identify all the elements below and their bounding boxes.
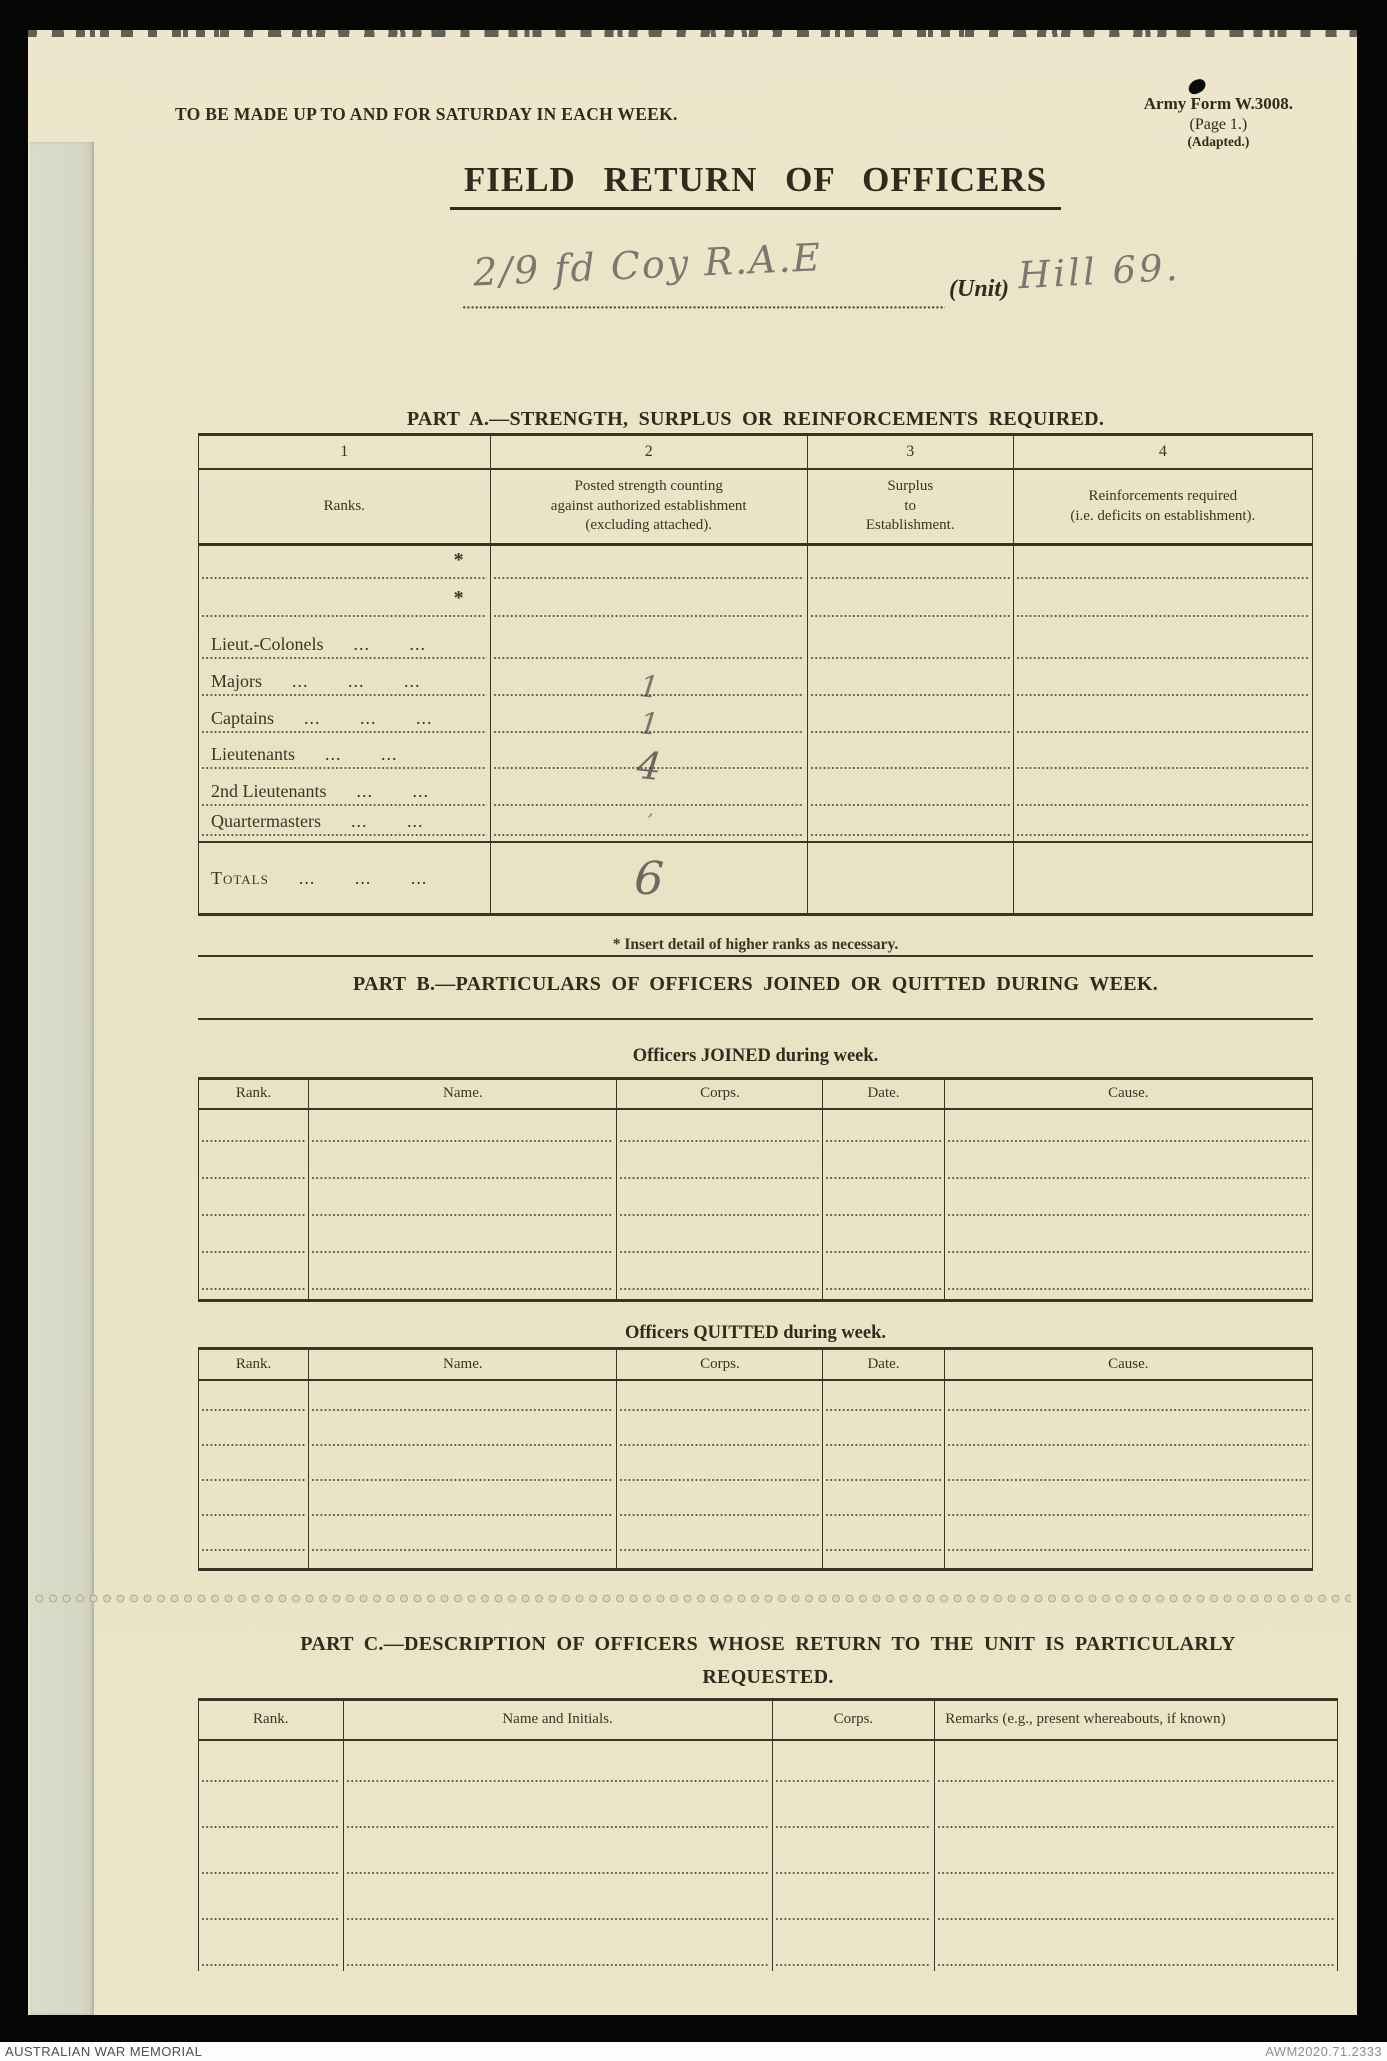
- dotted-rule: [1017, 577, 1309, 579]
- totals-reinforcements-cell: [1014, 843, 1312, 913]
- rank-cell: [199, 1416, 309, 1451]
- asterisk-mark: *: [454, 587, 464, 610]
- date-cell: [823, 1221, 944, 1258]
- dotted-rule: [620, 1177, 819, 1179]
- date-cell: [823, 1521, 944, 1556]
- scanned-document: TO BE MADE UP TO AND FOR SATURDAY IN EAC…: [0, 0, 1387, 2061]
- dotted-rule: [811, 657, 1010, 659]
- dot-leaders: ... ...: [356, 781, 429, 802]
- reinforcements-cell: [1014, 738, 1312, 774]
- table-row: Lieutenants... ... 4: [199, 738, 1312, 774]
- dotted-rule: [202, 1826, 340, 1828]
- reinforcements-cell: [1014, 622, 1312, 664]
- dotted-rule: [948, 1177, 1309, 1179]
- header-date: Date.: [823, 1080, 944, 1108]
- dotted-rule: [312, 1251, 613, 1253]
- catalog-number: AWM2020.71.2333: [1265, 2044, 1382, 2059]
- officers-joined-table: Rank. Name. Corps. Date. Cause.: [198, 1077, 1313, 1302]
- dotted-rule: [938, 1964, 1334, 1966]
- table-row: [199, 1110, 1312, 1147]
- dotted-rule: [202, 1444, 305, 1446]
- dotted-rule: [202, 694, 487, 696]
- asterisk-mark: *: [454, 549, 464, 572]
- cause-cell: [945, 1381, 1312, 1416]
- form-title: FIELD RETURN OF OFFICERS: [198, 160, 1313, 210]
- dotted-rule: [1017, 767, 1309, 769]
- dot-leaders: ... ... ...: [292, 671, 421, 692]
- dotted-rule: [948, 1251, 1309, 1253]
- table-row: [199, 1486, 1312, 1521]
- corps-cell: [617, 1221, 823, 1258]
- dotted-rule: [776, 1964, 932, 1966]
- dotted-rule: [347, 1918, 769, 1920]
- table-row: [199, 1416, 1312, 1451]
- dotted-rule: [312, 1140, 613, 1142]
- name-cell: [309, 1486, 617, 1521]
- header-corps: Corps.: [617, 1350, 823, 1379]
- dot-leaders: ... ...: [353, 634, 426, 655]
- dotted-rule: [202, 834, 487, 836]
- rank-cell: [199, 1221, 309, 1258]
- rank-cell: [199, 1521, 309, 1556]
- dotted-rule: [312, 1549, 613, 1551]
- unit-label: (Unit): [949, 276, 1009, 303]
- reinforcements-cell: [1014, 701, 1312, 738]
- dotted-rule: [826, 1177, 940, 1179]
- table-row: [199, 1381, 1312, 1416]
- corps-cell: [617, 1381, 823, 1416]
- header-surplus: Surplus to Establishment.: [808, 470, 1014, 543]
- dotted-rule: [202, 804, 487, 806]
- dotted-rule: [826, 1549, 940, 1551]
- horizontal-rule: [198, 955, 1313, 957]
- header-name: Name.: [309, 1350, 617, 1379]
- date-cell: [823, 1110, 944, 1147]
- table-row: [199, 1221, 1312, 1258]
- posted-cell: 4: [491, 738, 808, 774]
- paper-sheet: TO BE MADE UP TO AND FOR SATURDAY IN EAC…: [28, 30, 1357, 2015]
- name-cell: [344, 1787, 773, 1833]
- officers-joined-title: Officers JOINED during week.: [198, 1046, 1313, 1067]
- handwritten-total-value: 6: [489, 843, 808, 913]
- rank-cell: Lieut.-Colonels... ...: [199, 622, 491, 664]
- dotted-rule: [202, 1780, 340, 1782]
- col-number: 2: [491, 436, 808, 468]
- rank-cell: [199, 1833, 344, 1879]
- dotted-rule: [202, 1514, 305, 1516]
- surplus-cell: [808, 811, 1014, 841]
- col-number: 4: [1014, 436, 1312, 468]
- remarks-cell: [935, 1879, 1337, 1925]
- dotted-rule: [811, 804, 1010, 806]
- table-row: Majors... ... ... 1: [199, 664, 1312, 701]
- dotted-rule: [1017, 615, 1309, 617]
- rank-cell: [199, 1879, 344, 1925]
- rank-cell: Captains... ... ...: [199, 701, 491, 738]
- name-cell: [309, 1521, 617, 1556]
- surplus-cell: [808, 622, 1014, 664]
- cause-cell: [945, 1258, 1312, 1295]
- dotted-rule: [312, 1214, 613, 1216]
- dotted-rule: [202, 731, 487, 733]
- rank-label: Quartermasters: [211, 811, 321, 832]
- dotted-rule: [811, 731, 1010, 733]
- header-cause: Cause.: [945, 1350, 1312, 1379]
- dot-leaders: ... ...: [325, 744, 398, 765]
- dotted-rule: [620, 1479, 819, 1481]
- dotted-rule: [826, 1444, 940, 1446]
- part-a-table: 1 2 3 4 Ranks. Posted strength counting …: [198, 433, 1313, 916]
- rank-cell: [199, 1925, 344, 1971]
- dotted-rule: [202, 1177, 305, 1179]
- form-reference: Army Form W.3008. (Page 1.) (Adapted.): [1144, 94, 1293, 151]
- header-ranks: Ranks.: [199, 470, 491, 543]
- header-name: Name.: [309, 1080, 617, 1108]
- rank-label: 2nd Lieutenants: [211, 781, 326, 802]
- horizontal-rule: [198, 1018, 1313, 1020]
- dotted-rule: [938, 1918, 1334, 1920]
- corps-cell: [617, 1147, 823, 1184]
- dot-leaders: ... ...: [351, 811, 424, 832]
- header-rank: Rank.: [199, 1350, 309, 1379]
- dotted-rule: [620, 1140, 819, 1142]
- table-row: [199, 1879, 1337, 1925]
- dotted-rule: [776, 1918, 932, 1920]
- rank-label: Lieutenants: [211, 744, 295, 765]
- rank-cell: [199, 1147, 309, 1184]
- part-c-heading: PART C.—DESCRIPTION OF OFFICERS WHOSE RE…: [198, 1628, 1338, 1694]
- corps-cell: [617, 1521, 823, 1556]
- table-row: [199, 1184, 1312, 1221]
- date-cell: [823, 1451, 944, 1486]
- rank-cell: [199, 1258, 309, 1295]
- dotted-rule: [202, 1964, 340, 1966]
- dotted-rule: [347, 1826, 769, 1828]
- reinforcements-cell: [1014, 546, 1312, 584]
- dotted-rule: [347, 1872, 769, 1874]
- perforation-holes: [34, 1593, 1351, 1604]
- totals-label-cell: Totals... ... ...: [199, 843, 491, 913]
- dotted-rule: [202, 1409, 305, 1411]
- form-number: Army Form W.3008.: [1144, 94, 1293, 115]
- dotted-rule: [202, 615, 487, 617]
- name-cell: [309, 1184, 617, 1221]
- cause-cell: [945, 1110, 1312, 1147]
- date-cell: [823, 1258, 944, 1295]
- surplus-cell: [808, 738, 1014, 774]
- dotted-rule: [826, 1479, 940, 1481]
- corps-cell: [617, 1258, 823, 1295]
- corps-cell: [773, 1879, 936, 1925]
- dotted-rule: [938, 1780, 1334, 1782]
- dotted-rule: [312, 1479, 613, 1481]
- col-number: 1: [199, 436, 491, 468]
- totals-label: Totals: [211, 868, 269, 889]
- table-row: [199, 1147, 1312, 1184]
- header-reinforcements: Reinforcements required (i.e. deficits o…: [1014, 470, 1312, 543]
- archive-name: AUSTRALIAN WAR MEMORIAL: [5, 2044, 202, 2059]
- dotted-rule: [1017, 731, 1309, 733]
- form-page: (Page 1.): [1144, 115, 1293, 135]
- dotted-rule: [811, 767, 1010, 769]
- remarks-cell: [935, 1787, 1337, 1833]
- dotted-rule: [620, 1549, 819, 1551]
- dotted-rule: [202, 1479, 305, 1481]
- corps-cell: [617, 1110, 823, 1147]
- rank-label: Majors: [211, 671, 262, 692]
- dotted-rule: [202, 767, 487, 769]
- dotted-rule: [811, 834, 1010, 836]
- dotted-rule: [948, 1549, 1309, 1551]
- dotted-rule: [202, 1549, 305, 1551]
- reinforcements-cell: [1014, 774, 1312, 811]
- date-cell: [823, 1381, 944, 1416]
- table-row: Quartermasters... ... ’: [199, 811, 1312, 843]
- surplus-cell: [808, 701, 1014, 738]
- officers-quitted-title: Officers QUITTED during week.: [198, 1323, 1313, 1344]
- form-adapted: (Adapted.): [1144, 134, 1293, 150]
- totals-surplus-cell: [808, 843, 1014, 913]
- rank-cell: [199, 1110, 309, 1147]
- part-c-table: Rank. Name and Initials. Corps. Remarks …: [198, 1698, 1338, 1971]
- rank-cell: [199, 1184, 309, 1221]
- dotted-rule: [620, 1514, 819, 1516]
- corps-cell: [773, 1833, 936, 1879]
- table-row: [199, 1741, 1337, 1787]
- header-corps: Corps.: [617, 1080, 823, 1108]
- table-row: *: [199, 546, 1312, 584]
- rank-cell: [199, 1381, 309, 1416]
- unit-dotted-rule: [463, 306, 945, 309]
- name-cell: [344, 1879, 773, 1925]
- part-a-footnote: * Insert detail of higher ranks as neces…: [198, 936, 1313, 954]
- header-cause: Cause.: [945, 1080, 1312, 1108]
- dotted-rule: [938, 1872, 1334, 1874]
- quitted-header-row: Rank. Name. Corps. Date. Cause.: [199, 1350, 1312, 1381]
- rank-label: Captains: [211, 708, 274, 729]
- header-date: Date.: [823, 1350, 944, 1379]
- dotted-rule: [202, 1140, 305, 1142]
- header-rank: Rank.: [199, 1701, 344, 1739]
- rank-cell: Majors... ... ...: [199, 664, 491, 701]
- corps-cell: [617, 1416, 823, 1451]
- dotted-rule: [776, 1780, 932, 1782]
- header-corps: Corps.: [773, 1701, 936, 1739]
- cause-cell: [945, 1486, 1312, 1521]
- header-rank: Rank.: [199, 1080, 309, 1108]
- dotted-rule: [948, 1288, 1309, 1290]
- dotted-rule: [347, 1780, 769, 1782]
- handwritten-location: Hill 69.: [1017, 246, 1181, 297]
- name-cell: [309, 1381, 617, 1416]
- name-cell: [344, 1741, 773, 1787]
- dotted-rule: [494, 577, 804, 579]
- dotted-rule: [826, 1514, 940, 1516]
- table-row: [199, 1787, 1337, 1833]
- table-row: [199, 1833, 1337, 1879]
- dotted-rule: [202, 577, 487, 579]
- surplus-cell: [808, 774, 1014, 811]
- remarks-cell: [935, 1741, 1337, 1787]
- dotted-rule: [312, 1514, 613, 1516]
- table-row: Captains... ... ... 1: [199, 701, 1312, 738]
- dotted-rule: [776, 1872, 932, 1874]
- form-title-text: FIELD RETURN OF OFFICERS: [450, 160, 1061, 210]
- dotted-rule: [202, 657, 487, 659]
- dotted-rule: [948, 1514, 1309, 1516]
- dotted-rule: [826, 1409, 940, 1411]
- part-a-heading: PART A.—STRENGTH, SURPLUS OR REINFORCEME…: [198, 408, 1313, 431]
- dotted-rule: [347, 1964, 769, 1966]
- dotted-rule: [494, 834, 804, 836]
- surplus-cell: [808, 546, 1014, 584]
- date-cell: [823, 1416, 944, 1451]
- cause-cell: [945, 1184, 1312, 1221]
- dotted-rule: [1017, 694, 1309, 696]
- name-cell: [309, 1147, 617, 1184]
- dotted-rule: [826, 1288, 940, 1290]
- name-cell: [344, 1925, 773, 1971]
- part-b-heading: PART B.—PARTICULARS OF OFFICERS JOINED O…: [198, 973, 1313, 996]
- cause-cell: [945, 1416, 1312, 1451]
- column-number-row: 1 2 3 4: [199, 436, 1312, 470]
- dotted-rule: [202, 1214, 305, 1216]
- corps-cell: [773, 1741, 936, 1787]
- rank-cell: [199, 1741, 344, 1787]
- dotted-rule: [312, 1409, 613, 1411]
- name-cell: [309, 1110, 617, 1147]
- catalog-footer: AUSTRALIAN WAR MEMORIAL AWM2020.71.2333: [0, 2042, 1387, 2061]
- totals-posted-cell: 6: [491, 843, 808, 913]
- dotted-rule: [202, 1918, 340, 1920]
- name-cell: [309, 1258, 617, 1295]
- dotted-rule: [938, 1826, 1334, 1828]
- reinforcements-cell: [1014, 584, 1312, 622]
- joined-header-row: Rank. Name. Corps. Date. Cause.: [199, 1080, 1312, 1110]
- table-filler-row: [199, 1295, 1312, 1299]
- corps-cell: [617, 1184, 823, 1221]
- header-remarks: Remarks (e.g., present whereabouts, if k…: [935, 1701, 1337, 1739]
- rank-cell: Lieutenants... ...: [199, 738, 491, 774]
- dotted-rule: [826, 1251, 940, 1253]
- part-a-header-row: Ranks. Posted strength counting against …: [199, 470, 1312, 546]
- underlying-page-edge: [30, 142, 94, 2015]
- dot-leaders: ... ... ...: [304, 708, 433, 729]
- totals-row: Totals... ... ... 6: [199, 843, 1312, 913]
- corps-cell: [773, 1787, 936, 1833]
- dotted-rule: [811, 694, 1010, 696]
- reinforcements-cell: [1014, 664, 1312, 701]
- dotted-rule: [1017, 804, 1309, 806]
- dotted-rule: [620, 1251, 819, 1253]
- table-row: [199, 1451, 1312, 1486]
- table-row: [199, 1925, 1337, 1971]
- dotted-rule: [312, 1288, 613, 1290]
- dotted-rule: [202, 1288, 305, 1290]
- name-cell: [344, 1833, 773, 1879]
- torn-edge: [28, 30, 1357, 37]
- rank-cell: *: [199, 584, 491, 622]
- remarks-cell: [935, 1925, 1337, 1971]
- table-row: Lieut.-Colonels... ...: [199, 622, 1312, 664]
- dotted-rule: [948, 1214, 1309, 1216]
- rank-cell: [199, 1486, 309, 1521]
- dotted-rule: [1017, 834, 1309, 836]
- dotted-rule: [620, 1409, 819, 1411]
- surplus-cell: [808, 584, 1014, 622]
- date-cell: [823, 1184, 944, 1221]
- rank-cell: *: [199, 546, 491, 584]
- table-row: [199, 1521, 1312, 1556]
- cause-cell: [945, 1147, 1312, 1184]
- corps-cell: [617, 1451, 823, 1486]
- dotted-rule: [811, 615, 1010, 617]
- dotted-rule: [312, 1177, 613, 1179]
- handwritten-unit: 2/9 fd Coy R.A.E: [472, 230, 953, 295]
- rank-cell: Quartermasters... ...: [199, 811, 491, 841]
- date-cell: [823, 1486, 944, 1521]
- header-posted-strength: Posted strength counting against authori…: [491, 470, 808, 543]
- posted-cell: [491, 584, 808, 622]
- dot-leaders: ... ... ...: [299, 868, 428, 889]
- dotted-rule: [776, 1826, 932, 1828]
- dotted-rule: [826, 1140, 940, 1142]
- posted-cell: ’: [491, 811, 808, 841]
- table-filler-row: [199, 1556, 1312, 1568]
- reinforcements-cell: [1014, 811, 1312, 841]
- officers-quitted-table: Rank. Name. Corps. Date. Cause.: [198, 1347, 1313, 1571]
- dotted-rule: [948, 1409, 1309, 1411]
- dotted-rule: [948, 1479, 1309, 1481]
- dotted-rule: [620, 1214, 819, 1216]
- rank-cell: 2nd Lieutenants... ...: [199, 774, 491, 811]
- dotted-rule: [202, 1872, 340, 1874]
- dotted-rule: [620, 1444, 819, 1446]
- dotted-rule: [826, 1214, 940, 1216]
- rank-label: Lieut.-Colonels: [211, 634, 323, 655]
- dotted-rule: [948, 1444, 1309, 1446]
- rank-cell: [199, 1787, 344, 1833]
- surplus-cell: [808, 664, 1014, 701]
- dotted-rule: [494, 767, 804, 769]
- cause-cell: [945, 1451, 1312, 1486]
- part-c-header-row: Rank. Name and Initials. Corps. Remarks …: [199, 1701, 1337, 1741]
- header-name-initials: Name and Initials.: [344, 1701, 773, 1739]
- dotted-rule: [312, 1444, 613, 1446]
- name-cell: [309, 1416, 617, 1451]
- table-row: 2nd Lieutenants... ...: [199, 774, 1312, 811]
- table-row: [199, 1258, 1312, 1295]
- corps-cell: [617, 1486, 823, 1521]
- dotted-rule: [494, 615, 804, 617]
- dotted-rule: [1017, 657, 1309, 659]
- corps-cell: [773, 1925, 936, 1971]
- date-cell: [823, 1147, 944, 1184]
- dotted-rule: [811, 577, 1010, 579]
- rank-cell: [199, 1451, 309, 1486]
- dotted-rule: [620, 1288, 819, 1290]
- cause-cell: [945, 1221, 1312, 1258]
- top-instruction: TO BE MADE UP TO AND FOR SATURDAY IN EAC…: [175, 104, 678, 125]
- remarks-cell: [935, 1833, 1337, 1879]
- col-number: 3: [808, 436, 1014, 468]
- dotted-rule: [948, 1140, 1309, 1142]
- table-row: *: [199, 584, 1312, 622]
- dotted-rule: [202, 1251, 305, 1253]
- name-cell: [309, 1221, 617, 1258]
- cause-cell: [945, 1521, 1312, 1556]
- posted-cell: [491, 546, 808, 584]
